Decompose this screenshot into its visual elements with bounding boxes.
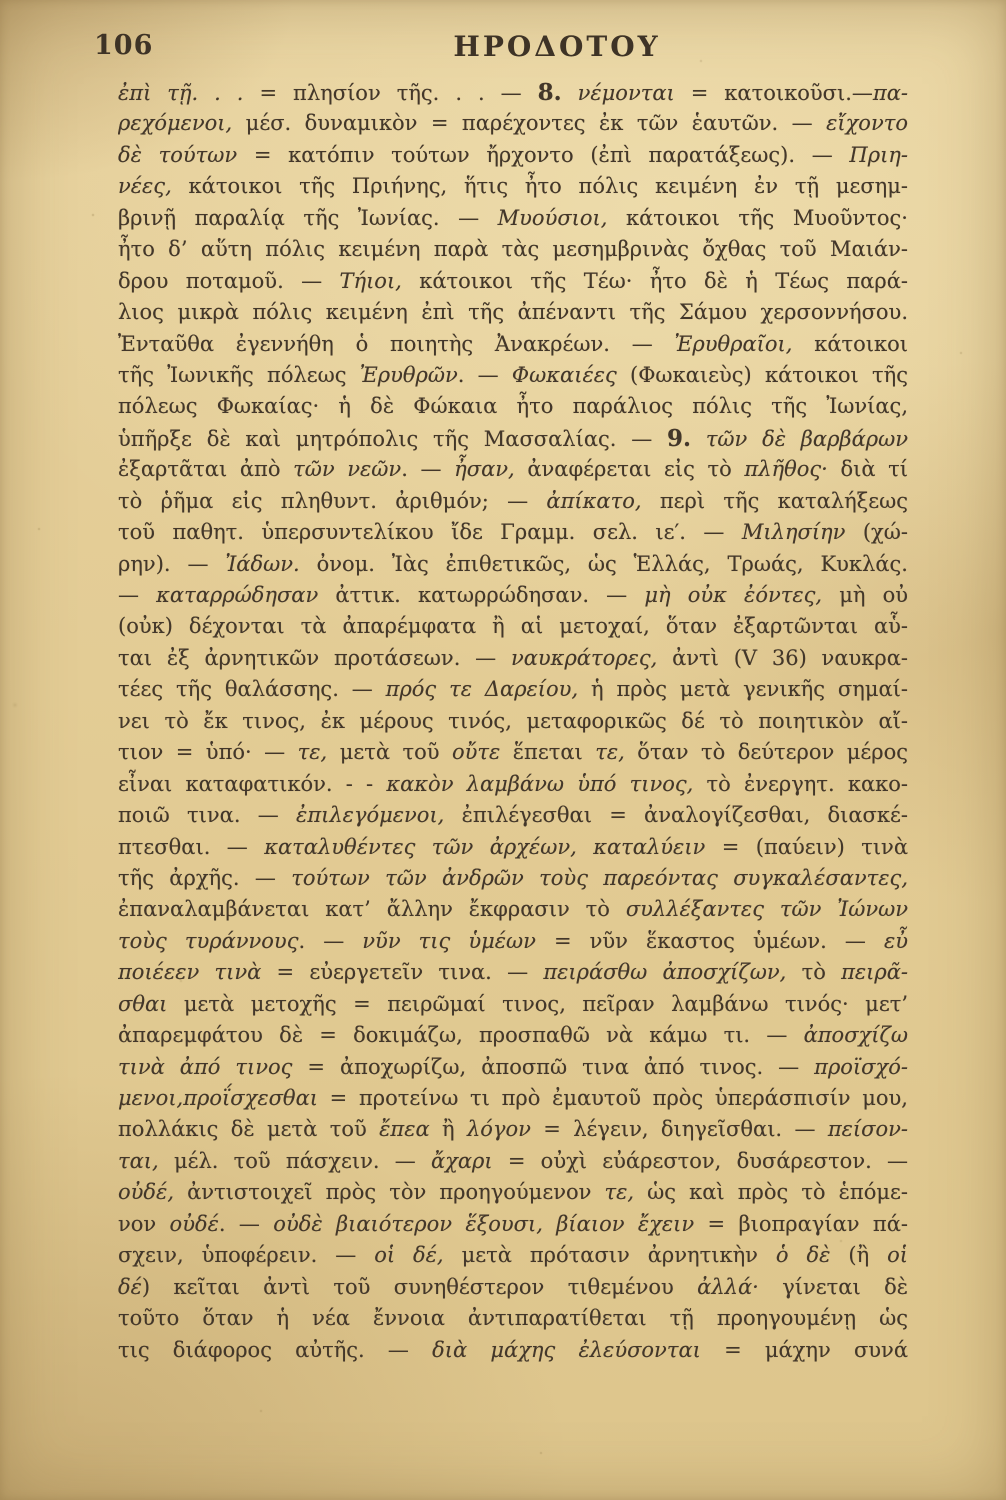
gloss-text: τῆς ἀρχῆς. — [118,866,291,890]
gloss-text: = εὐεργετεῖν τινα. — [277,960,544,984]
lemma-text: ὁ δὲ [776,1243,848,1267]
gloss-text: = μάχην συνά [724,1338,908,1362]
lemma-text: ἄχαρι [431,1149,508,1173]
gloss-text: κάτοικοι [814,332,908,356]
gloss-text: βρινῇ παραλίᾳ τῆς Ἰωνίας. — [118,206,498,230]
lemma-text: μενοι,προΐσχεσθαι [118,1086,330,1110]
lemma-text: προϊσχό- [814,1055,908,1079]
gloss-text: ὡς καὶ πρὸς τὸ ἑπόμε- [647,1180,908,1204]
gloss-text: ρην). — [118,552,225,576]
gloss-text: ) κεῖται ἀντὶ τοῦ συνηθέστερον τιθεμένου [142,1275,697,1299]
gloss-text: τῆς Ἰωνικῆς πόλεως [118,363,360,387]
lemma-text: Ἰάδων. [225,552,316,576]
gloss-text: = λέγειν, διηγεῖσθαι. — [543,1117,828,1141]
page-header: 106 ΗΡΟΔΟΤΟΥ [0,30,1006,66]
text-line: ἦτο δ’ αὕτη πόλις κειμένη παρὰ τὰς μεσημ… [118,234,908,265]
gloss-text: νον [118,1212,170,1236]
lemma-text: τε, [595,740,637,764]
gloss-text: = πλησίον τῆς. . . — [259,81,537,105]
lemma-text: Μυούσιοι, [498,206,626,230]
text-line: πτεσθαι. — καταλυθέντες τῶν ἀρχέων, κατα… [118,832,908,863]
gloss-text: μέσ. δυναμικὸν = παρέχοντες ἐκ τῶν ἑαυτῶ… [246,111,826,135]
paper-texture-specks [0,0,2,2]
text-line: ἐξαρτᾶται ἀπὸ τῶν νεῶν. — ἦσαν, ἀναφέρετ… [118,454,908,485]
lemma-text: ἀποσχίζω [804,1023,908,1047]
text-line: λιος μικρὰ πόλις κειμένη ἐπὶ τῆς ἀπέναντ… [118,297,908,328]
text-line: τῆς Ἰωνικῆς πόλεως Ἐρυθρῶν. — Φωκαιέες (… [118,360,908,391]
text-line: ποιέεεν τινὰ = εὐεργετεῖν τινα. — πειράσ… [118,957,908,988]
text-line: τοῦ παθητ. ὑπερσυντελίκου ἴδε Γραμμ. σελ… [118,517,908,548]
gloss-text: ὀνομ. Ἰὰς ἐπιθετικῶς, ὡς Ἑλλάς, Τρωάς, Κ… [317,552,908,576]
gloss-text: = προτείνω τι πρὸ ἐμαυτοῦ πρὸς ὑπεράσπισ… [330,1086,908,1110]
gloss-text: = κατόπιν τούτων ἤρχοντο (ἐπὶ παρατάξεως… [254,143,850,167]
gloss-text: ἀττικ. κατωρρώδησαν. — [335,583,644,607]
text-line: νέες, κάτοικοι τῆς Πριήνης, ἥτις ἦτο πόλ… [118,171,908,202]
gloss-text: = βιοπραγίαν πά- [708,1212,909,1236]
gloss-text: (οὐκ) δέχονται τὰ ἀπαρέμφατα ἢ αἱ μετοχα… [118,614,908,638]
text-line: νον οὐδέ. — οὐδὲ βιαιότερον ἕξουσι, βίαι… [118,1209,908,1240]
gloss-text: εἶναι καταφατικόν. - - [118,772,386,796]
gloss-text: ἢ [442,1117,467,1141]
commentary-text-block: 8ἐπὶ τῇ. . . = πλησίον τῆς. . . — 8. νέμ… [118,77,908,1366]
lemma-text: ἐπὶ τῇ. . . [118,81,259,105]
text-line: ποιῶ τινα. — ἐπιλεγόμενοι, ἐπιλέγεσθαι =… [118,800,908,831]
lemma-text: δέ [118,1275,142,1299]
gloss-text: κάτοικοι τῆς Τέω· ἦτο δὲ ἡ Τέως παρά- [419,269,908,293]
gloss-text: τοῦ παθητ. ὑπερσυντελίκου ἴδε Γραμμ. σελ… [118,520,742,544]
gloss-text: τὸ ἐνεργητ. κακο- [707,772,909,796]
lemma-text: διὰ μάχης ἐλεύσονται [432,1338,724,1362]
lemma-text: μὴ οὐκ ἐόντες, [644,583,839,607]
lemma-text: Ἐρυθραῖοι, [674,332,814,356]
text-line: ἐπαναλαμβάνεται κατ’ ἄλλην ἔκφρασιν τὸ σ… [118,894,908,925]
gloss-text: μὴ οὐ [839,583,908,607]
lemma-text: τε, [604,1180,647,1204]
text-line: εἶναι καταφατικόν. - - κακὸν λαμβάνω ὑπό… [118,769,908,800]
lemma-text: σθαι [118,992,184,1016]
gloss-text: μέλ. τοῦ πάσχειν. — [174,1149,431,1173]
lemma-text: πείσον- [828,1117,908,1141]
lemma-text: Φωκαιέες [512,363,630,387]
text-line: δρου ποταμοῦ. — Τήιοι, κάτοικοι τῆς Τέω·… [118,266,908,297]
text-line: ται ἐξ ἀρνητικῶν προτάσεων. — ναυκράτορε… [118,643,908,674]
gloss-text: πτεσθαι. — [118,835,264,859]
lemma-text: καταλυθέντες τῶν ἀρχέων, καταλύειν [264,835,722,859]
lemma-text: συλλέξαντες τῶν Ἰώνων [626,897,908,921]
lemma-text: ἐπιλεγόμενοι, [296,803,462,827]
lemma-text: οὐδέ [170,1212,219,1236]
text-line: τοὺς τυράννους. — νῦν τις ὑμέων = νῦν ἕκ… [118,926,908,957]
lemma-text: νέμονται [578,81,691,105]
lemma-text: νέες, [118,174,189,198]
lemma-text: Ἐρυθρῶν [360,363,458,387]
gloss-text: (Φωκαιεὺς) κάτοικοι τῆς [630,363,908,387]
lemma-text: εἴχοντο [826,111,908,135]
gloss-text: ἕπεται [513,740,595,764]
text-line: τοῦτο ὅταν ἡ νέα ἔννοια ἀντιπαρατίθεται … [118,1303,908,1334]
gloss-text: ὑπῆρξε δὲ καὶ μητρόπολις τῆς Μασσαλίας. … [118,427,667,451]
gloss-text [691,427,706,451]
book-page: 106 ΗΡΟΔΟΤΟΥ 8ἐπὶ τῇ. . . = πλησίον τῆς.… [0,0,1006,1500]
gloss-text: σχειν, ὑποφέρειν. — [118,1243,374,1267]
lemma-text: ἦσαν, [454,457,527,481]
gloss-text: μετὰ τοῦ [340,740,452,764]
gloss-text: (ἢ [848,1243,887,1267]
lemma-text: πειράσθω ἀποσχίζων, [543,960,801,984]
gloss-text: = ἀποχωρίζω, ἀποσπῶ τινα ἀπό τινος. — [307,1055,814,1079]
gloss-text: πολλάκις δὲ μετὰ τοῦ [118,1117,379,1141]
lemma-text: Τήιοι, [339,269,419,293]
section-number: 8. [538,79,562,106]
lemma-text: νῦν τις ὑμέων [362,929,554,953]
text-line: (οὐκ) δέχονται τὰ ἀπαρέμφατα ἢ αἱ μετοχα… [118,611,908,642]
lemma-text: ποιέεεν τινὰ [118,960,277,984]
lemma-text: οὐδὲ βιαιότερον ἕξουσι, βίαιον ἔχειν [273,1212,707,1236]
lemma-text: πειρᾶ- [841,960,908,984]
gloss-text: — [118,583,156,607]
lemma-text: οἱ δέ, [374,1243,461,1267]
gloss-text: ἦτο δ’ αὕτη πόλις κειμένη παρὰ τὰς μεσημ… [118,237,908,261]
gloss-text: μετὰ πρότασιν ἀρνητικὴν [462,1243,776,1267]
gloss-text: διὰ τί [828,457,908,481]
text-line: πόλεως Φωκαίας· ἡ δὲ Φώκαια ἦτο παράλιος… [118,391,908,422]
text-line: τὸ ῥῆμα εἰς πληθυντ. ἀριθμόν; — ἀπίκατο,… [118,486,908,517]
lemma-text: τούτων τῶν ἀνδρῶν τοὺς παρεόντας συγκαλέ… [291,866,908,890]
text-line: τιον = ὑπό· — τε, μετὰ τοῦ οὔτε ἕπεται τ… [118,737,908,768]
text-line: οὐδέ, ἀντιστοιχεῖ πρὸς τὸν προηγούμενον … [118,1177,908,1208]
lemma-text: ἀπίκατο, [546,489,659,513]
lemma-text: ται, [118,1149,174,1173]
gloss-text: πόλεως Φωκαίας· ἡ δὲ Φώκαια ἦτο παράλιος… [118,394,908,418]
gloss-text: Ἐνταῦθα ἐγεννήθη ὁ ποιητὴς Ἀνακρέων. — [118,332,674,356]
lemma-text: Πριη- [849,143,908,167]
gloss-text: ὅταν τὸ δεύτερον μέρος [637,740,908,764]
gloss-text: . — [458,363,512,387]
gloss-text: περὶ τῆς καταλήξεως [660,489,908,513]
text-line: σθαι μετὰ μετοχῆς = πειρῶμαί τινος, πεῖρ… [118,989,908,1020]
text-line: ται, μέλ. τοῦ πάσχειν. — ἄχαρι = οὐχὶ εὐ… [118,1146,908,1177]
gloss-text: γίνεται δὲ [759,1275,908,1299]
lemma-text: Μιλησίην [742,520,863,544]
gloss-text: . — [298,929,362,953]
gloss-text: . — [219,1212,273,1236]
gloss-text: τὸ [802,960,842,984]
gloss-text: κάτοικοι τῆς Πριήνης, ἥτις ἦτο πόλις κει… [189,174,908,198]
gloss-text: = νῦν ἕκαστος ὑμέων. — [554,929,884,953]
text-line: τινὰ ἀπό τινος = ἀποχωρίζω, ἀποσπῶ τινα … [118,1052,908,1083]
lemma-text: κακὸν λαμβάνω ὑπό τινος, [386,772,706,796]
text-line: δὲ τούτων = κατόπιν τούτων ἤρχοντο (ἐπὶ … [118,140,908,171]
text-line: ρην). — Ἰάδων. ὀνομ. Ἰὰς ἐπιθετικῶς, ὡς … [118,549,908,580]
page-number: 106 [94,30,153,61]
text-line: πολλάκις δὲ μετὰ τοῦ ἔπεα ἢ λόγον = λέγε… [118,1114,908,1145]
gloss-text: ἐπιλέγεσθαι = ἀναλογίζεσθαι, διασκέ- [462,803,908,827]
running-title: ΗΡΟΔΟΤΟΥ [453,30,660,63]
gloss-text: = (παύειν) τινὰ [722,835,908,859]
lemma-text: οὔτε [452,740,513,764]
gloss-text: κάτοικοι τῆς Μυοῦντος· [626,206,908,230]
text-line: τέες τῆς θαλάσσης. — πρός τε Δαρείου, ἡ … [118,674,908,705]
lemma-text: τοὺς τυράννους [118,929,298,953]
text-line: βρινῇ παραλίᾳ τῆς Ἰωνίας. — Μυούσιοι, κά… [118,203,908,234]
gloss-text: δρου ποταμοῦ. — [118,269,339,293]
text-line: δέ) κεῖται ἀντὶ τοῦ συνηθέστερον τιθεμέν… [118,1272,908,1303]
gloss-text: ποιῶ τινα. — [118,803,296,827]
gloss-text: τις διάφορος αὐτῆς. — [118,1338,432,1362]
gloss-text: (χώ- [863,520,908,544]
gloss-text: ἀναφέρεται εἰς τὸ [527,457,744,481]
lemma-text: τῶν νεῶν [293,457,401,481]
section-number: 9. [667,425,691,452]
text-line: ρεχόμενοι, μέσ. δυναμικὸν = παρέχοντες ἐ… [118,108,908,139]
text-line: νει τὸ ἔκ τινος, ἐκ μέρους τινός, μεταφο… [118,706,908,737]
text-line: 8ἐπὶ τῇ. . . = πλησίον τῆς. . . — 8. νέμ… [118,77,908,108]
text-line: σχειν, ὑποφέρειν. — οἱ δέ, μετὰ πρότασιν… [118,1240,908,1271]
lemma-text: οὐδέ, [118,1180,187,1204]
text-line: Ἐνταῦθα ἐγεννήθη ὁ ποιητὴς Ἀνακρέων. — Ἐ… [118,329,908,360]
gloss-text: = κατοικοῦσι.— [691,81,873,105]
text-line: μενοι,προΐσχεσθαι = προτείνω τι πρὸ ἐμαυ… [118,1083,908,1114]
lemma-text: ρεχόμενοι, [118,111,246,135]
lemma-text: τινὰ ἀπό τινος [118,1055,307,1079]
lemma-text: καταρρώδησαν [156,583,335,607]
gloss-text: ἀπαρεμφάτου δὲ = δοκιμάζω, προσπαθῶ νὰ κ… [118,1023,804,1047]
gloss-text: νει τὸ ἔκ τινος, ἐκ μέρους τινός, μεταφο… [118,709,908,733]
gloss-text: ἀντὶ (V 36) ναυκρα- [672,646,908,670]
gloss-text: τοῦτο ὅταν ἡ νέα ἔννοια ἀντιπαρατίθεται … [118,1306,908,1330]
gloss-text: μετὰ μετοχῆς = πειρῶμαί τινος, πεῖραν λα… [184,992,908,1016]
lemma-text: πα- [873,81,908,105]
lemma-text: πρός τε Δαρείου, [386,677,591,701]
lemma-text: τε, [298,740,340,764]
text-line: — καταρρώδησαν ἀττικ. κατωρρώδησαν. — μὴ… [118,580,908,611]
gloss-text: = οὐχὶ εὐάρεστον, δυσάρεστον. — [508,1149,908,1173]
lemma-text: δὲ τούτων [118,143,254,167]
gloss-text: ἐπαναλαμβάνεται κατ’ ἄλλην ἔκφρασιν τὸ [118,897,626,921]
gloss-text: λιος μικρὰ πόλις κειμένη ἐπὶ τῆς ἀπέναντ… [118,300,908,324]
gloss-text: τέες τῆς θαλάσσης. — [118,677,386,701]
lemma-text: τῶν δὲ βαρβάρων [706,427,908,451]
gloss-text: ται ἐξ ἀρνητικῶν προτάσεων. — [118,646,511,670]
gloss-text: τὸ ῥῆμα εἰς πληθυντ. ἀριθμόν; — [118,489,546,513]
text-line: 9ὑπῆρξε δὲ καὶ μητρόπολις τῆς Μασσαλίας.… [118,423,908,454]
lemma-text: λόγον [467,1117,543,1141]
gloss-text: τιον = ὑπό· — [118,740,298,764]
lemma-text: εὖ [884,929,908,953]
gloss-text: . — [401,457,454,481]
text-line: τις διάφορος αὐτῆς. — διὰ μάχης ἐλεύσοντ… [118,1335,908,1366]
lemma-text: οἱ [887,1243,908,1267]
gloss-text: ἡ πρὸς μετὰ γενικῆς σημαί- [591,677,908,701]
text-line: τῆς ἀρχῆς. — τούτων τῶν ἀνδρῶν τοὺς παρε… [118,863,908,894]
text-line: ἀπαρεμφάτου δὲ = δοκιμάζω, προσπαθῶ νὰ κ… [118,1020,908,1051]
gloss-text: ἐξαρτᾶται ἀπὸ [118,457,293,481]
lemma-text: ναυκράτορες, [511,646,672,670]
gloss-text [562,81,578,105]
lemma-text: ἔπεα [379,1117,442,1141]
gloss-text: ἀντιστοιχεῖ πρὸς τὸν προηγούμενον [187,1180,604,1204]
lemma-text: πλῆθος· [744,457,827,481]
lemma-text: ἀλλά· [697,1275,759,1299]
